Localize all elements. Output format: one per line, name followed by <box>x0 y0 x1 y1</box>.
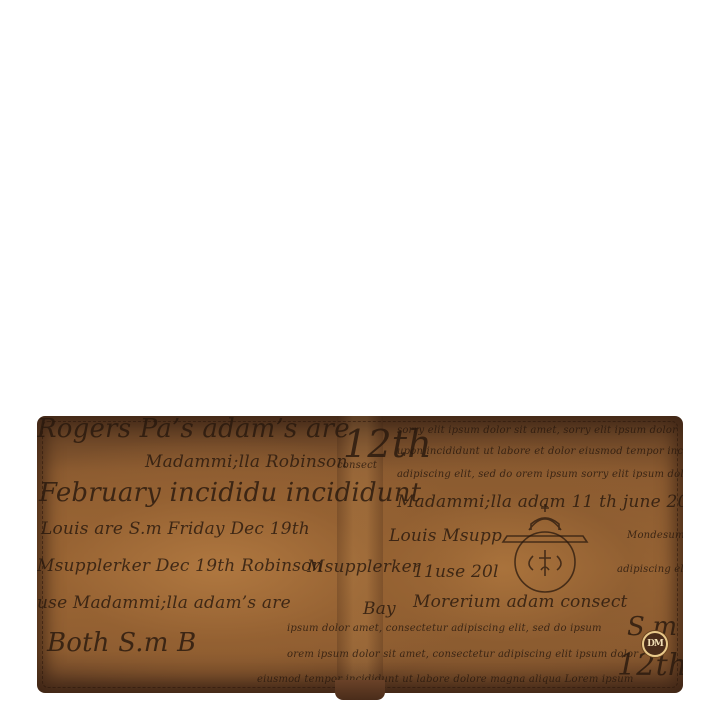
engraving-text: Rogers Pa’s adam’s are <box>37 416 350 444</box>
engraving-text: Madammi;lla Robinson <box>145 452 348 472</box>
engraving-text: Bay <box>363 599 396 619</box>
dm-logo-badge-icon: DM <box>642 631 668 657</box>
wallet: Rogers Pa’s adam’s are Madammi;lla Robin… <box>37 416 683 693</box>
engraving-text: Both S.m B <box>47 628 196 658</box>
crest-emblem-icon <box>499 500 591 600</box>
engraving-text: use Madammi;lla adam’s are <box>37 593 291 613</box>
engraving-text: orem ipsum dolor sit amet, consectetur a… <box>287 649 638 660</box>
engraving-text: ipsum dolor amet, consectetur adipiscing… <box>287 623 602 634</box>
engraving-text: 11use 20l <box>413 562 499 582</box>
engraving-text: eiusmod tempor incididunt ut labore dolo… <box>257 674 634 685</box>
engraving-text: sorry elit ipsum dolor sit amet, sorry e… <box>397 425 677 436</box>
engraving-text: consect <box>337 460 377 471</box>
wallet-closure-tab <box>335 680 385 700</box>
engraving-text: adipiscing elit, sed do orem ipsum sorry… <box>397 469 683 480</box>
engraving-text: Mondesume <box>627 530 683 541</box>
engraving-text: Louis are S.m Friday Dec 19th <box>41 519 310 539</box>
engraving-text: Louis Msupp <box>389 526 502 546</box>
engraving-text: Msupplerker <box>307 557 420 577</box>
engraving-text: adipiscing elit <box>617 564 683 575</box>
engraving-text: February incididu incididunt <box>39 478 421 508</box>
engraving-text: Msupplerker Dec 19th Robinson <box>37 556 323 576</box>
engraving-text: upon incididunt ut labore et dolor eiusm… <box>397 446 683 457</box>
